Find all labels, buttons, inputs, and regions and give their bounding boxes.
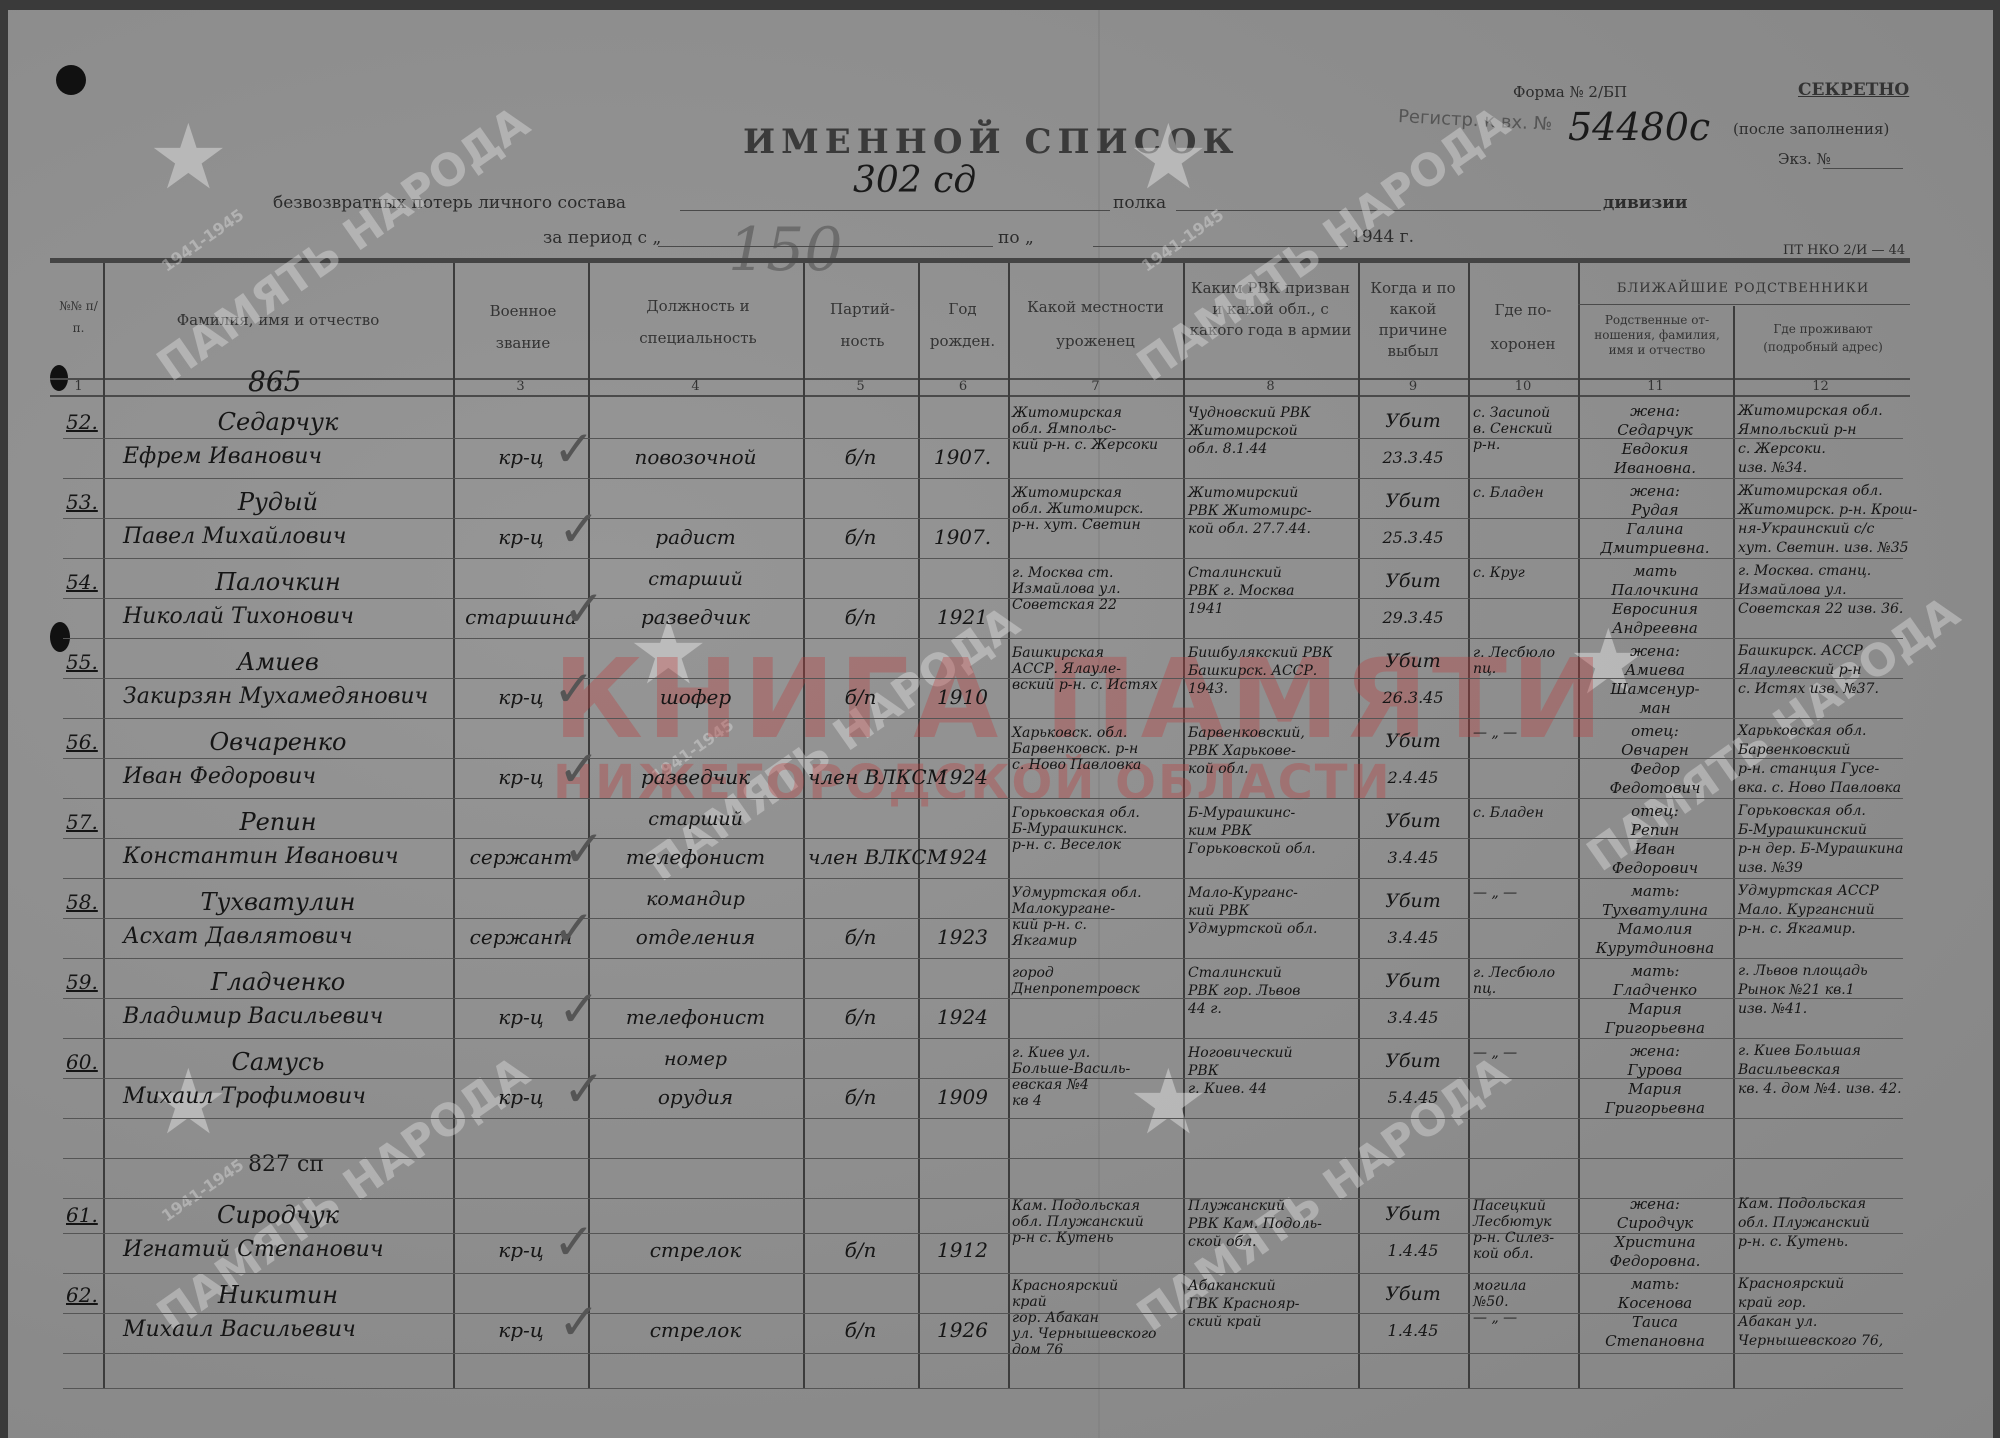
address-line: р-н. станция Гусе- [1738,762,1879,777]
date-of-loss: 3.4.45 [1363,848,1463,867]
position-line1: старший [593,808,798,830]
surname: Самусь [108,1048,448,1076]
address-line: г. Киев Большая [1738,1044,1861,1059]
reason: Убит [1363,1203,1463,1225]
col-header-rank: Военное звание [478,295,568,359]
address-line: Измайлова ул. [1738,583,1847,598]
handwritten-overlay: 150 [728,215,843,285]
rvk-line: ким РВК [1188,824,1252,839]
rvk-line: РВК Харькове- [1188,744,1296,759]
birthplace-line: Советская 22 [1012,598,1117,613]
address-line: кв. 4. дом №4. изв. 42. [1738,1082,1902,1097]
col-number: 11 [1583,379,1728,394]
birthplace-line: обл. Ямпольс- [1012,422,1116,437]
address-line: Ялаулевский р-н [1738,663,1862,678]
col-divider [1008,263,1010,1388]
relative-line: Андреевна [1580,619,1730,637]
relative-line: Федоровна. [1580,1252,1730,1270]
rvk-line: РВК гор. Львов [1188,984,1300,999]
surname: Рудый [108,488,448,516]
division-handwritten: 302 сд [853,160,976,201]
first-and-patronymic: Иван Федорович [123,764,316,789]
address-line: Житомирск. р-н. Крош- [1738,503,1917,518]
birthplace-line: р-н с. Кутень [1012,1231,1113,1246]
period-to-label: по „ [998,228,1034,248]
relative-line: Евросиния [1580,600,1730,618]
birthplace-line: Горьковская обл. [1012,806,1140,821]
star-watermark-icon: ★ [1128,105,1209,210]
relative-line: Седарчук [1580,421,1730,439]
birthplace-line: г. Киев ул. [1012,1046,1090,1061]
rvk-line: Удмуртской обл. [1188,922,1317,937]
burial-line: пц. [1473,662,1496,677]
relative-line: жена: [1580,1042,1730,1060]
birthplace-line: р-н. хут. Светин [1012,518,1141,533]
ruling-line [63,478,1903,479]
birthplace-line: Якгамир [1012,934,1077,949]
address-line: Горьковская обл. [1738,804,1866,819]
reason: Убит [1363,730,1463,752]
col-number: 3 [458,379,583,394]
rvk-line: Плужанский [1188,1199,1285,1214]
col-header-address: Где проживают (подробный адрес) [1738,320,1908,356]
party-membership: б/п [808,1238,913,1262]
birthplace-line: р-н. с. Веселок [1012,838,1121,853]
checkmark-icon: ✓ [558,500,600,558]
ruling-line [63,798,1903,799]
birthplace-line: евская №4 [1012,1078,1089,1093]
position-line1: командир [593,888,798,910]
relative-line: Амиева [1580,661,1730,679]
row-number: 62. [66,1283,98,1307]
address-line: Мало. Кургансний [1738,903,1875,918]
relative-line: мать: [1580,962,1730,980]
burial-line: пц. [1473,982,1496,997]
form-label: Форма № 2/БП [1513,83,1627,101]
ruling-line [63,558,1903,559]
rvk-line: Абаканский [1188,1279,1276,1294]
checkmark-icon: ✓ [563,580,605,638]
address-line: г. Москва. станц. [1738,564,1871,579]
star-watermark-icon: ★ [148,105,229,210]
first-and-patronymic: Ефрем Иванович [123,444,322,469]
birthplace-line: г. Москва ст. [1012,566,1113,581]
row-number: 52. [66,410,98,434]
birthplace-line: Башкирская [1012,646,1104,661]
birthplace-line: с. Ново Павловка [1012,758,1141,773]
col-divider [918,263,920,1388]
surname: Палочкин [108,568,448,596]
reason: Убит [1363,1283,1463,1305]
checkmark-icon: ✓ [558,980,600,1038]
surname: Репин [108,808,448,836]
first-and-patronymic: Закирзян Мухамедянович [123,684,428,709]
party-membership: б/п [808,925,913,949]
address-line: изв. №34. [1738,461,1807,476]
rvk-line: Сталинский [1188,566,1282,581]
address-line: край гор. [1738,1296,1806,1311]
birthplace-line: Малокургане- [1012,902,1115,917]
col-divider [1183,263,1185,1388]
checkmark-icon: ✓ [563,820,605,878]
rvk-line: 44 г. [1188,1002,1222,1017]
rvk-line: 1941 [1188,602,1224,617]
relative-line: Федорович [1580,859,1730,877]
address-line: вка. с. Ново Павловка [1738,781,1901,796]
col-header-number: №№ п/п. [56,295,101,339]
address-line: Барвенковский [1738,743,1850,758]
rvk-line: Ноговический [1188,1046,1293,1061]
party-membership: член ВЛКСМ [808,765,913,789]
date-of-loss: 3.4.45 [1363,1008,1463,1027]
col-number: 8 [1188,379,1353,394]
position-line1: старший [593,568,798,590]
relative-line: Шамсенур- [1580,680,1730,698]
relative-line: жена: [1580,402,1730,420]
birthplace-line: Житомирская [1012,486,1122,501]
address-line: р-н. с. Якгамир. [1738,922,1856,937]
relative-line: отец: [1580,722,1730,740]
relative-line: Федор [1580,760,1730,778]
col-divider [1468,263,1470,1388]
address-line: Житомирская обл. [1738,484,1883,499]
rvk-line: ГВК Краснояр- [1188,1297,1299,1312]
relative-line: Рудая [1580,501,1730,519]
date-of-loss: 23.3.45 [1363,448,1463,467]
relative-line: Палочкина [1580,581,1730,599]
surname: Седарчук [108,408,448,436]
copy-label: Экз. № [1778,150,1831,168]
first-and-patronymic: Михаил Трофимович [123,1084,366,1109]
address-line: Удмуртская АССР [1738,884,1879,899]
position-line2: телефонист [593,1005,798,1029]
burial-line: Пасецкий [1473,1199,1546,1214]
first-and-patronymic: Николай Тихонович [123,604,354,629]
col-divider [803,263,805,1388]
col-header-relatives-group: БЛИЖАЙШИЕ РОДСТВЕННИКИ [1583,278,1903,299]
secret-label: СЕКРЕТНО [1798,80,1909,100]
position-line2: повозочной [593,445,798,469]
position-line2: радист [593,525,798,549]
rvk-line: РВК г. Москва [1188,584,1294,599]
rvk-line: РВК Кам. Подоль- [1188,1217,1322,1232]
first-and-patronymic: Константин Иванович [123,844,399,869]
date-of-loss: 1.4.45 [1363,1321,1463,1340]
address-line: Абакан ул. [1738,1315,1817,1330]
position-line2: стрелок [593,1318,798,1342]
reason: Убит [1363,890,1463,912]
birth-year: 1924 [920,1005,1005,1029]
party-membership: член ВЛКСМ [808,845,913,869]
row-number: 56. [66,730,98,754]
birth-year: 1921 [920,605,1005,629]
rvk-line: кой обл. 27.7.44. [1188,522,1311,537]
document-page: Форма № 2/БП СЕКРЕТНО Регистр. к вх. № 5… [8,10,1993,1438]
row-number: 59. [66,970,98,994]
address-line: изв. №41. [1738,1002,1807,1017]
rvk-line: Житомирский [1188,486,1298,501]
col-header-party: Партий-ность [820,293,905,357]
address-line: обл. Плужанский [1738,1216,1870,1231]
col-number: 9 [1363,379,1463,394]
date-of-loss: 3.4.45 [1363,928,1463,947]
address-line: р-н дер. Б-Мурашкина [1738,842,1903,857]
birth-year: 1924 [920,765,1005,789]
after-fill-label: (после заполнения) [1733,120,1889,138]
relative-line: Овчарен [1580,741,1730,759]
reason: Убит [1363,490,1463,512]
address-line: Б-Мурашкинский [1738,823,1867,838]
relative-line: мать: [1580,1275,1730,1293]
burial-line: могила [1473,1279,1526,1294]
surname: Амиев [108,648,448,676]
relative-line: Гурова [1580,1061,1730,1079]
burial-line: г. Лесбюло [1473,966,1555,981]
checkmark-icon: ✓ [553,900,595,958]
birthplace-line: город [1012,966,1054,981]
birth-year: 1924 [920,845,1005,869]
ruling-line [63,1388,1903,1389]
rvk-line: Чудновский РВК [1188,406,1311,421]
address-line: Житомирская обл. [1738,404,1883,419]
relative-line: Репин [1580,821,1730,839]
row-number: 53. [66,490,98,514]
burial-line: р-н. [1473,438,1500,453]
address-line: Васильевская [1738,1063,1840,1078]
relative-line: Курутдиновна [1580,939,1730,957]
relative-line: мать [1580,562,1730,580]
birthplace-line: вский р-н. с. Истях [1012,678,1158,693]
birthplace-line: кий р-н. с. Жерсоки [1012,438,1158,453]
reason: Убит [1363,650,1463,672]
rvk-line: РВК Житомирс- [1188,504,1312,519]
address-line: Советская 22 изв. 36. [1738,602,1903,617]
col-divider [1733,306,1735,1388]
relative-line: Евдокия [1580,440,1730,458]
rvk-line: г. Киев. 44 [1188,1082,1267,1097]
rvk-line: кий РВК [1188,904,1249,919]
rvk-line: РВК [1188,1064,1219,1079]
col-number: 1 [56,379,101,394]
col-number: 5 [808,379,913,394]
relative-line: Иван [1580,840,1730,858]
rvk-line: 1943. [1188,682,1228,697]
address-line: изв. №39 [1738,861,1803,876]
birth-year: 1909 [920,1085,1005,1109]
col-divider [1358,263,1360,1388]
relative-line: Мария [1580,1080,1730,1098]
relative-line: Христина [1580,1233,1730,1251]
relative-line: Ивановна. [1580,459,1730,477]
surname: Овчаренко [108,728,448,756]
date-of-loss: 2.4.45 [1363,768,1463,787]
birth-year: 1910 [920,685,1005,709]
regiment-fill-line [680,210,1110,211]
reason: Убит [1363,970,1463,992]
birthplace-line: АССР. Ялауле- [1012,662,1121,677]
burial-line: №50. [1473,1295,1509,1310]
rvk-line: Бишбулякский РВК [1188,646,1333,661]
rvk-line: Горьковской обл. [1188,842,1316,857]
relative-line: жена: [1580,1195,1730,1213]
rvk-line: обл. 8.1.44 [1188,442,1267,457]
first-and-patronymic: Игнатий Степанович [123,1237,384,1262]
col-divider [453,263,455,1388]
address-line: с. Жерсоки. [1738,442,1826,457]
ruling-line [63,1273,1903,1274]
birthplace-line: кий р-н. с. [1012,918,1087,933]
checkmark-icon: ✓ [553,660,595,718]
address-line: г. Львов площадь [1738,964,1868,979]
birthplace-line: кв 4 [1012,1094,1042,1109]
date-of-loss: 29.3.45 [1363,608,1463,627]
rvk-line: Мало-Курганс- [1188,886,1298,901]
address-line: Харьковская обл. [1738,724,1866,739]
row-number: 54. [66,570,98,594]
number-row-line [50,395,1910,397]
birthplace-line: Больше-Василь- [1012,1062,1130,1077]
ruling-line [63,1038,1903,1039]
burial-line: — „ — [1473,726,1517,741]
reason: Убит [1363,810,1463,832]
birthplace-line: Днепропетровск [1012,982,1140,997]
birthplace-line: Удмуртская обл. [1012,886,1142,901]
ruling-line [63,1353,1903,1354]
birthplace-line: обл. Житомирск. [1012,502,1143,517]
relative-line: мать: [1580,882,1730,900]
relative-line: Григорьевна [1580,1019,1730,1037]
relative-line: ман [1580,699,1730,717]
burial-line: Лесбютук [1473,1215,1551,1230]
checkmark-icon: ✓ [558,1293,600,1351]
birth-year: 1907. [920,525,1005,549]
reason: Убит [1363,570,1463,592]
address-line: р-н. с. Кутень. [1738,1235,1848,1250]
checkmark-icon: ✓ [553,420,595,478]
reason: Убит [1363,410,1463,432]
relative-line: жена: [1580,482,1730,500]
col-number: 12 [1738,379,1903,394]
position-line2: шофер [593,685,798,709]
period-from-label: за период с „ [543,228,661,248]
birthplace-line: Красноярский [1012,1279,1118,1294]
date-of-loss: 25.3.45 [1363,528,1463,547]
birthplace-line: гор. Абакан [1012,1311,1099,1326]
birthplace-line: Житомирская [1012,406,1122,421]
rvk-line: Сталинский [1188,966,1282,981]
punch-hole [50,622,70,652]
position-line2: стрелок [593,1238,798,1262]
address-line: с. Истях изв. №37. [1738,682,1879,697]
burial-line: с. Засипой [1473,406,1550,421]
address-line: Чернышевского 76, [1738,1334,1883,1349]
ruling-line [63,878,1903,879]
position-line2: орудия [593,1085,798,1109]
rvk-line: Б-Мурашкинс- [1188,806,1295,821]
relative-line: Галина [1580,520,1730,538]
date-of-loss: 5.4.45 [1363,1088,1463,1107]
relative-line: Григорьевна [1580,1099,1730,1117]
col-divider [103,263,105,1388]
burial-line: кой обл. [1473,1247,1534,1262]
relative-line: Сиродчук [1580,1214,1730,1232]
party-membership: б/п [808,1085,913,1109]
address-line: Рынок №21 кв.1 [1738,983,1855,998]
position-line2: разведчик [593,605,798,629]
address-line: ня-Украинский с/с [1738,522,1874,537]
ruling-line [63,638,1903,639]
ruling-line [63,718,1903,719]
col-number: 4 [593,379,798,394]
punch-hole [56,65,86,95]
burial-line: г. Лесбюло [1473,646,1555,661]
surname: Никитин [108,1281,448,1309]
relative-line: Мамолия [1580,920,1730,938]
relative-line: Федотович [1580,779,1730,797]
col-header-buried: Где по-хоронен [1478,293,1568,361]
reason: Убит [1363,1050,1463,1072]
rvk-line: кой обл. [1188,762,1249,777]
burial-line: в. Сенский [1473,422,1553,437]
relative-line: Мария [1580,1000,1730,1018]
relative-line: Таиса [1580,1313,1730,1331]
birthplace-line: Барвенковск. р-н [1012,742,1138,757]
period-from-line [658,246,993,247]
years-watermark: 1941-1945 [158,205,247,275]
birth-year: 1912 [920,1238,1005,1262]
first-and-patronymic: Михаил Васильевич [123,1317,356,1342]
row-number: 61. [66,1203,98,1227]
burial-line: р-н. Силез- [1473,1231,1554,1246]
rvk-line: ской обл. [1188,1235,1256,1250]
address-line: Красноярский [1738,1277,1844,1292]
rvk-line: Башкирск. АССР. [1188,664,1317,679]
address-line: Башкирск. АССР [1738,644,1863,659]
rvk-line: Барвенковский, [1188,726,1305,741]
relative-line: Косенова [1580,1294,1730,1312]
burial-line: с. Бладен [1473,486,1544,501]
relatives-group-line [1578,304,1910,305]
row-number: 60. [66,1050,98,1074]
row-number: 58. [66,890,98,914]
address-line: хут. Светин. изв. №35 [1738,541,1909,556]
relative-line: Дмитриевна. [1580,539,1730,557]
checkmark-icon: ✓ [558,740,600,798]
party-membership: б/п [808,1005,913,1029]
birth-year: 1907. [920,445,1005,469]
birthplace-line: дом 76 [1012,1343,1063,1358]
col-header-reason: Когда и по какой причине выбыл [1363,278,1463,362]
first-and-patronymic: Павел Михайлович [123,524,346,549]
address-line: Кам. Подольская [1738,1197,1866,1212]
relative-line: Гладченко [1580,981,1730,999]
unit-mark-827: 827 сп [248,1152,324,1177]
party-membership: б/п [808,685,913,709]
burial-line: с. Бладен [1473,806,1544,821]
row-number: 55. [66,650,98,674]
relative-line: отец: [1580,802,1730,820]
surname: Сиродчук [108,1201,448,1229]
division-label: дивизии [1603,193,1687,213]
date-of-loss: 26.3.45 [1363,688,1463,707]
ruling-line [63,958,1903,959]
rvk-line: ский край [1188,1315,1261,1330]
relative-line: жена: [1580,642,1730,660]
surname: Тухватулин [108,888,448,916]
address-line: Ямпольский р-н [1738,423,1857,438]
position-line2: разведчик [593,765,798,789]
birthplace-line: Кам. Подольская [1012,1199,1140,1214]
